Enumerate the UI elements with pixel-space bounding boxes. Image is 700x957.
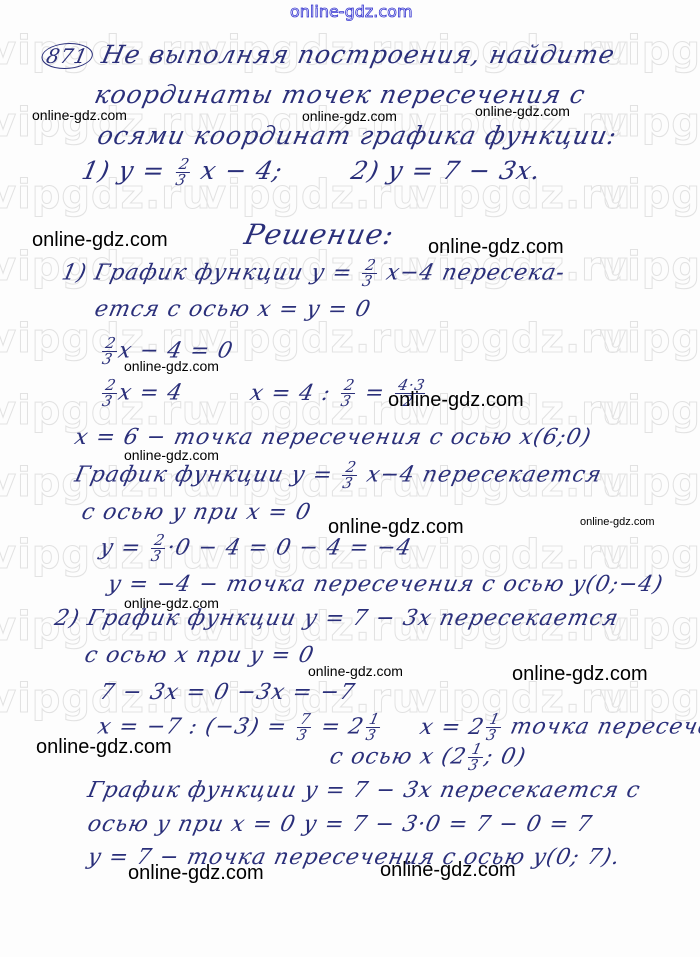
overlay-watermark: online-gdz.com bbox=[308, 663, 403, 679]
part1-line-6: График функции y = 23 x−4 пересекается bbox=[72, 460, 605, 491]
part2-line-3: 7 − 3x = 0 −3x = −7 bbox=[97, 680, 357, 705]
part1-line-2: ется с осью x = y = 0 bbox=[92, 297, 373, 322]
overlay-watermark: online-gdz.com bbox=[328, 516, 464, 539]
overlay-watermark: online-gdz.com bbox=[32, 107, 127, 123]
scanned-page: vipgdz.ruvipgdz.ruvipgdz.ruvipgdz.ruvipg… bbox=[0, 0, 700, 957]
task-statement-line-3: осями координат графика функции: bbox=[95, 121, 620, 150]
overlay-watermark: online-gdz.com bbox=[380, 859, 516, 882]
solution-heading: Решение: bbox=[241, 218, 397, 251]
task-items: 1) y = 23 x − 4; 2) y = 7 − 3x. bbox=[79, 156, 544, 188]
overlay-watermark: online-gdz.com bbox=[428, 236, 564, 259]
background-watermark: vipgdz.ru bbox=[600, 460, 700, 506]
part2-line-7: осью y при x = 0 y = 7 − 3·0 = 7 − 0 = 7 bbox=[85, 812, 594, 837]
part1-line-4: 23x = 4 x = 4 : 23 = 4·32 bbox=[97, 378, 431, 409]
overlay-watermark: online-gdz.com bbox=[124, 595, 219, 611]
overlay-watermark: online-gdz.com bbox=[124, 358, 219, 374]
part1-line-9: y = −4 − точка пересечения с осью y(0;−4… bbox=[105, 572, 665, 597]
part1-line-7: с осью y при x = 0 bbox=[79, 500, 313, 525]
task-statement-line-1: 871 Не выполняя построения, найдите bbox=[39, 40, 618, 69]
overlay-watermark: online-gdz.com bbox=[302, 108, 397, 124]
overlay-watermark: online-gdz.com bbox=[580, 516, 655, 528]
background-watermark: vipgdz.ru bbox=[600, 388, 700, 434]
task-number: 871 bbox=[39, 43, 96, 69]
overlay-watermark: online-gdz.com bbox=[124, 447, 219, 463]
part2-line-2: с осью x при y = 0 bbox=[82, 643, 316, 668]
part1-line-1: 1) График функции y = 23 x−4 пересека- bbox=[59, 258, 568, 289]
overlay-watermark: online-gdz.com bbox=[475, 103, 570, 119]
top-watermark: online-gdz.com bbox=[290, 2, 413, 21]
part2-line-5: с осью x (213; 0) bbox=[327, 742, 529, 773]
part2-line-4: x = −7 : (−3) = 73 = 213 x = 213 точка п… bbox=[95, 712, 700, 743]
overlay-watermark: online-gdz.com bbox=[388, 389, 524, 412]
part2-line-6: График функции y = 7 − 3x пересекается с bbox=[85, 778, 643, 803]
background-watermark: vipgdz.ru bbox=[600, 244, 700, 290]
background-watermark: vipgdz.ru bbox=[600, 172, 700, 218]
background-watermark: vipgdz.ru bbox=[410, 316, 631, 362]
overlay-watermark: online-gdz.com bbox=[32, 229, 168, 252]
overlay-watermark: online-gdz.com bbox=[36, 736, 172, 759]
background-watermark: vipgdz.ru bbox=[600, 316, 700, 362]
overlay-watermark: online-gdz.com bbox=[512, 663, 648, 686]
overlay-watermark: online-gdz.com bbox=[128, 862, 264, 885]
